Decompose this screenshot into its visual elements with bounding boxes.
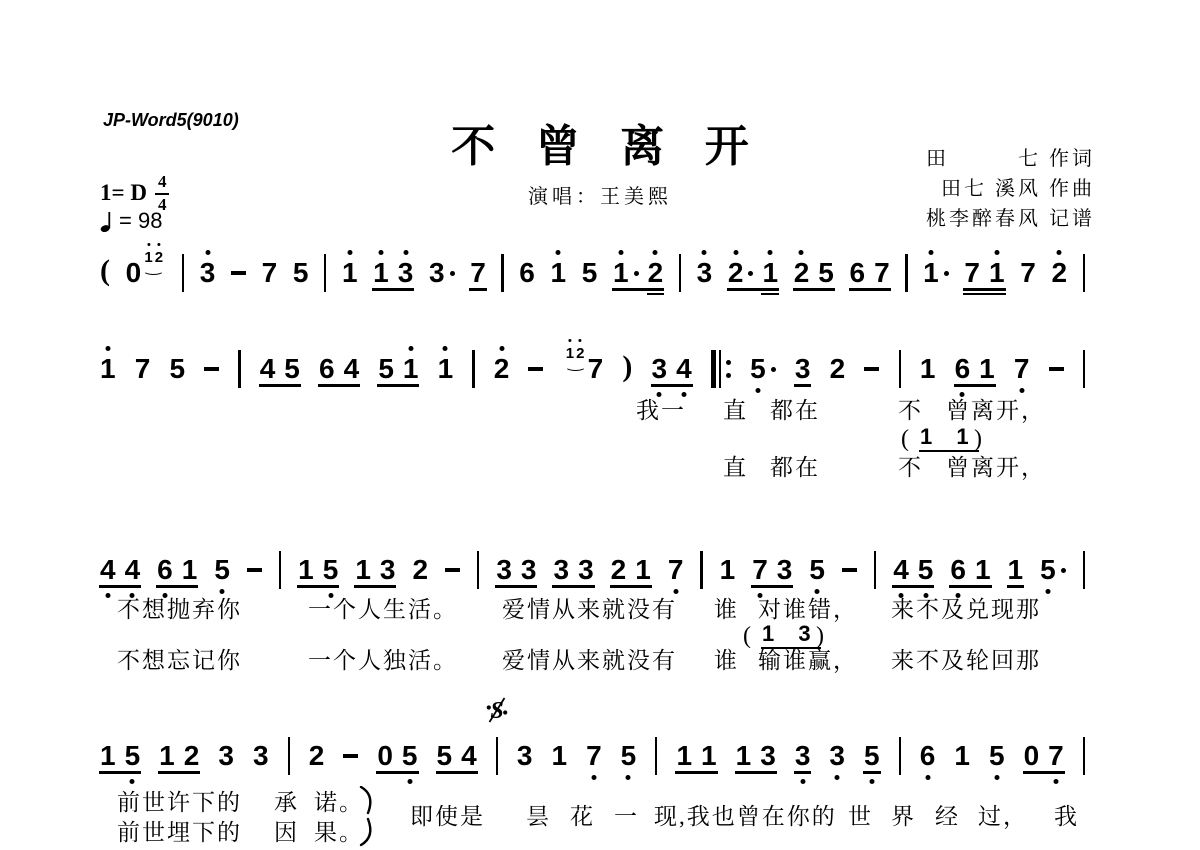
beam-group: 33	[496, 556, 536, 584]
repeat-dot	[726, 373, 731, 378]
note-core: 7	[262, 259, 278, 287]
octave-dot	[568, 339, 571, 342]
repeat-dot	[726, 360, 731, 365]
octave-dot	[960, 392, 965, 397]
duration-dash	[247, 568, 262, 571]
note-digit: 1	[989, 257, 1005, 288]
note-digit: 2	[794, 257, 810, 288]
note-digit: 2	[830, 353, 846, 384]
note: 1	[355, 556, 371, 584]
lyric-segment: 一	[614, 804, 639, 830]
grace-note-digit: 1	[566, 345, 574, 362]
note: 3	[253, 742, 269, 770]
key-label: 1= D	[100, 180, 147, 205]
lyric-segment: 界	[891, 804, 916, 830]
note: 5	[378, 355, 394, 383]
note-digit: 2	[184, 740, 200, 771]
beam-line	[1023, 771, 1065, 774]
octave-dot	[768, 250, 773, 255]
note: 7	[1014, 355, 1030, 383]
note-core: 2	[830, 355, 846, 383]
note-core: 5	[582, 259, 598, 287]
octave-dot	[579, 339, 582, 342]
note: 1	[373, 259, 389, 287]
note-digit: 2	[728, 257, 744, 288]
lyric-segment: 输谁赢，	[758, 648, 858, 674]
beam-line	[949, 585, 991, 588]
grace-note: 2	[155, 243, 163, 267]
octave-dot	[994, 250, 999, 255]
note-digit: 7	[668, 554, 684, 585]
lyric-segment: 对谁错，	[758, 597, 858, 623]
lyric-segment: 谁	[714, 648, 739, 674]
note: 5	[582, 259, 598, 287]
note-core: 5	[284, 355, 300, 383]
note: 7	[752, 556, 768, 584]
note-core: 4	[260, 355, 276, 383]
note-core: 7	[668, 556, 684, 584]
beam-group: 15	[298, 556, 338, 584]
note-core: 1	[355, 556, 371, 584]
lyric-segment: 直	[723, 398, 748, 424]
note: 1	[736, 742, 752, 770]
octave-dots-below	[626, 775, 631, 780]
note-digit: 7	[470, 257, 486, 288]
note-digit: 1	[551, 257, 567, 288]
note-core: 4	[461, 742, 477, 770]
note-digit: 5	[437, 740, 453, 771]
note-digit: 1	[182, 554, 198, 585]
note-digit: 5	[293, 257, 309, 288]
beam-line	[761, 293, 779, 296]
note: 3	[429, 259, 455, 287]
note-core: 5	[437, 742, 453, 770]
note: 2	[184, 742, 200, 770]
note: 4	[125, 556, 141, 584]
note: 2	[494, 355, 510, 383]
note: 5	[750, 355, 776, 383]
grace-notes: 12	[565, 339, 586, 371]
beam-group: 45	[893, 556, 933, 584]
octave-dots-above	[147, 243, 150, 246]
note-digit: 1	[736, 740, 752, 771]
beam-line	[794, 384, 812, 387]
octave-dot	[499, 346, 504, 351]
note: 7	[668, 556, 684, 584]
note-digit: 2	[611, 554, 627, 585]
note-digit: 6	[319, 353, 335, 384]
note: 012	[126, 257, 167, 289]
octave-dots-below	[815, 589, 820, 594]
note-digit: 3	[429, 257, 445, 288]
note: 6	[519, 259, 535, 287]
lyric-segment: 不想忘记你	[117, 648, 242, 674]
lyric-segment: 世	[848, 804, 873, 830]
octave-dots-above	[378, 250, 383, 255]
note: 127	[563, 353, 604, 385]
octave-dots-below	[835, 775, 840, 780]
octave-dots-above	[347, 250, 352, 255]
lyric-segment: 谁	[714, 597, 739, 623]
note-core: 7	[470, 259, 486, 287]
note-digit: 3	[521, 554, 537, 585]
beam-group: 67	[850, 259, 890, 287]
octave-dots-below	[960, 392, 965, 397]
note: 6	[955, 355, 971, 383]
barline	[1083, 350, 1085, 388]
lyric-segment: 我	[1054, 804, 1079, 830]
note-core: 6	[850, 259, 866, 287]
beam-line	[651, 384, 693, 387]
octave-dot	[869, 779, 874, 784]
note-core: 3	[398, 259, 414, 287]
beam-line	[259, 384, 301, 387]
beam-line	[1007, 585, 1025, 588]
note: 7	[135, 355, 151, 383]
octave-dot	[105, 593, 110, 598]
octave-dot	[556, 250, 561, 255]
note-digit: 1	[923, 257, 939, 288]
octave-dots-below	[407, 779, 412, 784]
grace-slur	[565, 362, 586, 371]
barline	[679, 254, 681, 292]
note-digit: 2	[494, 353, 510, 384]
note-core: 7	[1020, 259, 1036, 287]
beam-line	[675, 771, 717, 774]
barline	[655, 737, 657, 775]
lyric-segment: 曾离开，	[946, 398, 1046, 424]
note: 5	[293, 259, 309, 287]
note-digit: 1	[979, 353, 995, 384]
note-core: 7	[588, 355, 604, 383]
note-digit: 1	[551, 740, 567, 771]
duration-dash	[842, 568, 857, 571]
note: 5	[1040, 556, 1066, 584]
beam-group: 73	[752, 556, 792, 584]
note-core: 3	[795, 355, 811, 383]
note-digit: 1	[720, 554, 736, 585]
note: 1	[438, 355, 454, 383]
octave-dot	[702, 250, 707, 255]
note-digit: 6	[955, 353, 971, 384]
note-digit: 7	[1014, 353, 1030, 384]
annotation-paren: (	[901, 426, 909, 453]
octave-dot	[130, 779, 135, 784]
note: 6	[319, 355, 335, 383]
note: 4	[344, 355, 360, 383]
note: 3	[517, 742, 533, 770]
beam-line	[963, 288, 1005, 291]
note: 4	[461, 742, 477, 770]
note: 3	[496, 556, 512, 584]
beam-group: 12	[613, 259, 663, 287]
note-digit: 4	[125, 554, 141, 585]
annotation-paren: (	[743, 623, 751, 650]
note-core: 0	[1024, 742, 1040, 770]
note: 5	[402, 742, 418, 770]
duration-dot	[450, 271, 455, 276]
beam-group: 3	[795, 742, 811, 770]
note-core: 6	[319, 355, 335, 383]
note-core: 4	[100, 556, 116, 584]
barline	[496, 737, 498, 775]
note-core: 4	[344, 355, 360, 383]
note-digit: 6	[950, 554, 966, 585]
barline	[501, 254, 503, 292]
octave-dot	[1053, 779, 1058, 784]
note-digit: 7	[586, 740, 602, 771]
note: 5	[323, 556, 339, 584]
note: 3	[578, 556, 594, 584]
note-digit: 3	[398, 257, 414, 288]
octave-dots-below	[591, 775, 596, 780]
lyric-segment: 现,我也曾在你的	[654, 804, 837, 830]
beam-line	[377, 384, 419, 387]
note-digit: 3	[218, 740, 234, 771]
note-core: 1	[298, 556, 314, 584]
note-core: 7	[874, 259, 890, 287]
duration-dot	[944, 271, 949, 276]
octave-dot	[1045, 589, 1050, 594]
note-digit: 7	[135, 353, 151, 384]
verse-brace	[358, 786, 384, 850]
lyric-segment: 不想抛弃你	[117, 597, 242, 623]
beam-group: 25	[794, 259, 834, 287]
note-digit: 3	[253, 740, 269, 771]
note: 1	[100, 355, 116, 383]
note-digit: 3	[380, 554, 396, 585]
octave-dot	[408, 346, 413, 351]
octave-dot	[733, 250, 738, 255]
note-digit: 3	[496, 554, 512, 585]
note: 1	[1008, 556, 1024, 584]
note: 5	[621, 742, 637, 770]
beam-line	[863, 771, 881, 774]
note-core: 2	[309, 742, 325, 770]
note-digit: 6	[519, 257, 535, 288]
note-digit: 1	[403, 353, 419, 384]
octave-dot	[653, 250, 658, 255]
octave-dots-above	[618, 250, 623, 255]
note-digit: 1	[298, 554, 314, 585]
note-core: 3	[553, 556, 569, 584]
note: 2	[728, 259, 754, 287]
octave-dots-above	[702, 250, 707, 255]
note-digit: 1	[438, 353, 454, 384]
note: 1	[720, 556, 736, 584]
note-core: 7	[1048, 742, 1064, 770]
barline	[279, 551, 281, 589]
sheet-music-page: JP-Word5(9010) 不曾离开 演唱：王美熙 田 七 作词田七 溪风 作…	[0, 0, 1200, 850]
note: 2	[794, 259, 810, 287]
duration-dot	[748, 271, 753, 276]
note: 1	[676, 742, 692, 770]
lyric-segment: 爱情从来就没有	[502, 597, 677, 623]
note-digit: 1	[355, 554, 371, 585]
note: 3	[553, 556, 569, 584]
lyric-segment: 直	[723, 455, 748, 481]
beam-line	[469, 288, 487, 291]
note: 3	[795, 742, 811, 770]
note-digit: 6	[850, 257, 866, 288]
note: 1	[979, 355, 995, 383]
beam-group: 61	[950, 556, 990, 584]
note-digit: 5	[323, 554, 339, 585]
note-core: 1	[975, 556, 991, 584]
note: 1	[298, 556, 314, 584]
note-digit: 5	[284, 353, 300, 384]
lyric-segment: 前世许下的	[117, 790, 242, 816]
beam-group: 13	[736, 742, 776, 770]
note: 5	[989, 742, 1005, 770]
segno-icon: S	[486, 695, 508, 730]
barline	[899, 350, 901, 388]
note: 1	[182, 556, 198, 584]
note-core: 3	[200, 259, 216, 287]
note: 1	[920, 355, 936, 383]
beam-group: 13	[355, 556, 395, 584]
barline	[472, 350, 474, 388]
duration-dash	[343, 754, 358, 757]
beam-line	[297, 585, 339, 588]
note-core: 2	[1051, 259, 1067, 287]
note: 1	[342, 259, 358, 287]
note-digit: 7	[752, 554, 768, 585]
note: 7	[874, 259, 890, 287]
note-digit: 4	[893, 554, 909, 585]
octave-dots-below	[657, 392, 662, 397]
barline	[1083, 737, 1085, 775]
beam-group: 5	[864, 742, 880, 770]
note-core: 3	[829, 742, 845, 770]
octave-dots-above	[653, 250, 658, 255]
barline	[477, 551, 479, 589]
note: 0	[377, 742, 393, 770]
note-core: 4	[893, 556, 909, 584]
barline	[288, 737, 290, 775]
octave-dot	[755, 388, 760, 393]
annotation-paren: )	[816, 623, 824, 650]
note-core: 3	[517, 742, 533, 770]
note-core: 2	[184, 742, 200, 770]
octave-dot	[799, 250, 804, 255]
note-digit: 6	[920, 740, 936, 771]
duration-dash	[1049, 367, 1064, 370]
note-core: 5	[169, 355, 185, 383]
octave-dot	[925, 775, 930, 780]
note-core: 6	[955, 355, 971, 383]
note-digit: 3	[697, 257, 713, 288]
lyric-segment: 即使是	[410, 804, 485, 830]
octave-dots-below	[673, 589, 678, 594]
note-digit: 1	[100, 353, 116, 384]
lyric-segment: 果。	[314, 820, 364, 846]
note-core: 2	[648, 259, 664, 287]
beam-line	[892, 585, 934, 588]
duration-dash	[231, 271, 246, 274]
note: 5	[918, 556, 934, 584]
phrase-paren: (	[100, 256, 110, 286]
note: 3	[829, 742, 845, 770]
note-core: 3	[760, 742, 776, 770]
lyric-segment: 都在	[770, 455, 820, 481]
beam-group: 05	[377, 742, 417, 770]
note-core: 2	[611, 556, 627, 584]
lyric-segment: 都在	[770, 398, 820, 424]
beam-line	[376, 771, 418, 774]
note: 2	[611, 556, 627, 584]
note-digit: 4	[461, 740, 477, 771]
lyric-segment: 来不及轮回那	[891, 648, 1041, 674]
note: 7	[1020, 259, 1036, 287]
note: 2	[648, 259, 664, 287]
octave-dot	[681, 392, 686, 397]
note-core: 7	[752, 556, 768, 584]
note-core: 5	[125, 742, 141, 770]
note-digit: 1	[613, 257, 629, 288]
note-core: 4	[125, 556, 141, 584]
note-core: 7	[586, 742, 602, 770]
beam-line	[610, 585, 652, 588]
octave-dot	[657, 392, 662, 397]
grace-note-digit: 1	[144, 249, 152, 266]
note: 7	[586, 742, 602, 770]
octave-dots-below	[925, 775, 930, 780]
beam-group: 21	[728, 259, 778, 287]
note: 2	[413, 556, 429, 584]
note-core: 1	[551, 259, 567, 287]
octave-dots-below	[1019, 388, 1024, 393]
tempo-marking: = 98	[100, 208, 162, 234]
note: 5	[809, 556, 825, 584]
note: 3	[777, 556, 793, 584]
note-digit: 1	[920, 353, 936, 384]
octave-dot	[220, 589, 225, 594]
note-core: 5	[214, 556, 230, 584]
octave-dots-above	[157, 243, 160, 246]
octave-dot	[928, 250, 933, 255]
note-digit: 3	[553, 554, 569, 585]
beam-line	[354, 585, 396, 588]
note-core: 3	[496, 556, 512, 584]
note-core: 1	[736, 742, 752, 770]
octave-dots-above	[579, 339, 582, 342]
note: 1	[701, 742, 717, 770]
octave-dot	[147, 243, 150, 246]
note: 4	[100, 556, 116, 584]
note-core: 7	[1014, 355, 1030, 383]
note-core: 5	[1040, 556, 1056, 584]
octave-dot	[815, 589, 820, 594]
note-digit: 3	[760, 740, 776, 771]
note-core: 1	[100, 742, 116, 770]
octave-dot	[1057, 250, 1062, 255]
beam-line	[849, 288, 891, 291]
octave-dots-below	[869, 779, 874, 784]
note-digit: 3	[652, 353, 668, 384]
lyric-segment: 因	[274, 820, 299, 846]
music-line-1: (0123751133761512321256717172	[100, 250, 1085, 296]
grace-slur	[143, 266, 164, 275]
beam-group: 12	[159, 742, 199, 770]
beam-line	[612, 288, 664, 291]
lyric-segment: 过，	[978, 804, 1028, 830]
note: 1	[551, 742, 567, 770]
beam-line	[436, 771, 478, 774]
note-digit: 5	[989, 740, 1005, 771]
note-core: 5	[818, 259, 834, 287]
note-digit: 5	[918, 554, 934, 585]
